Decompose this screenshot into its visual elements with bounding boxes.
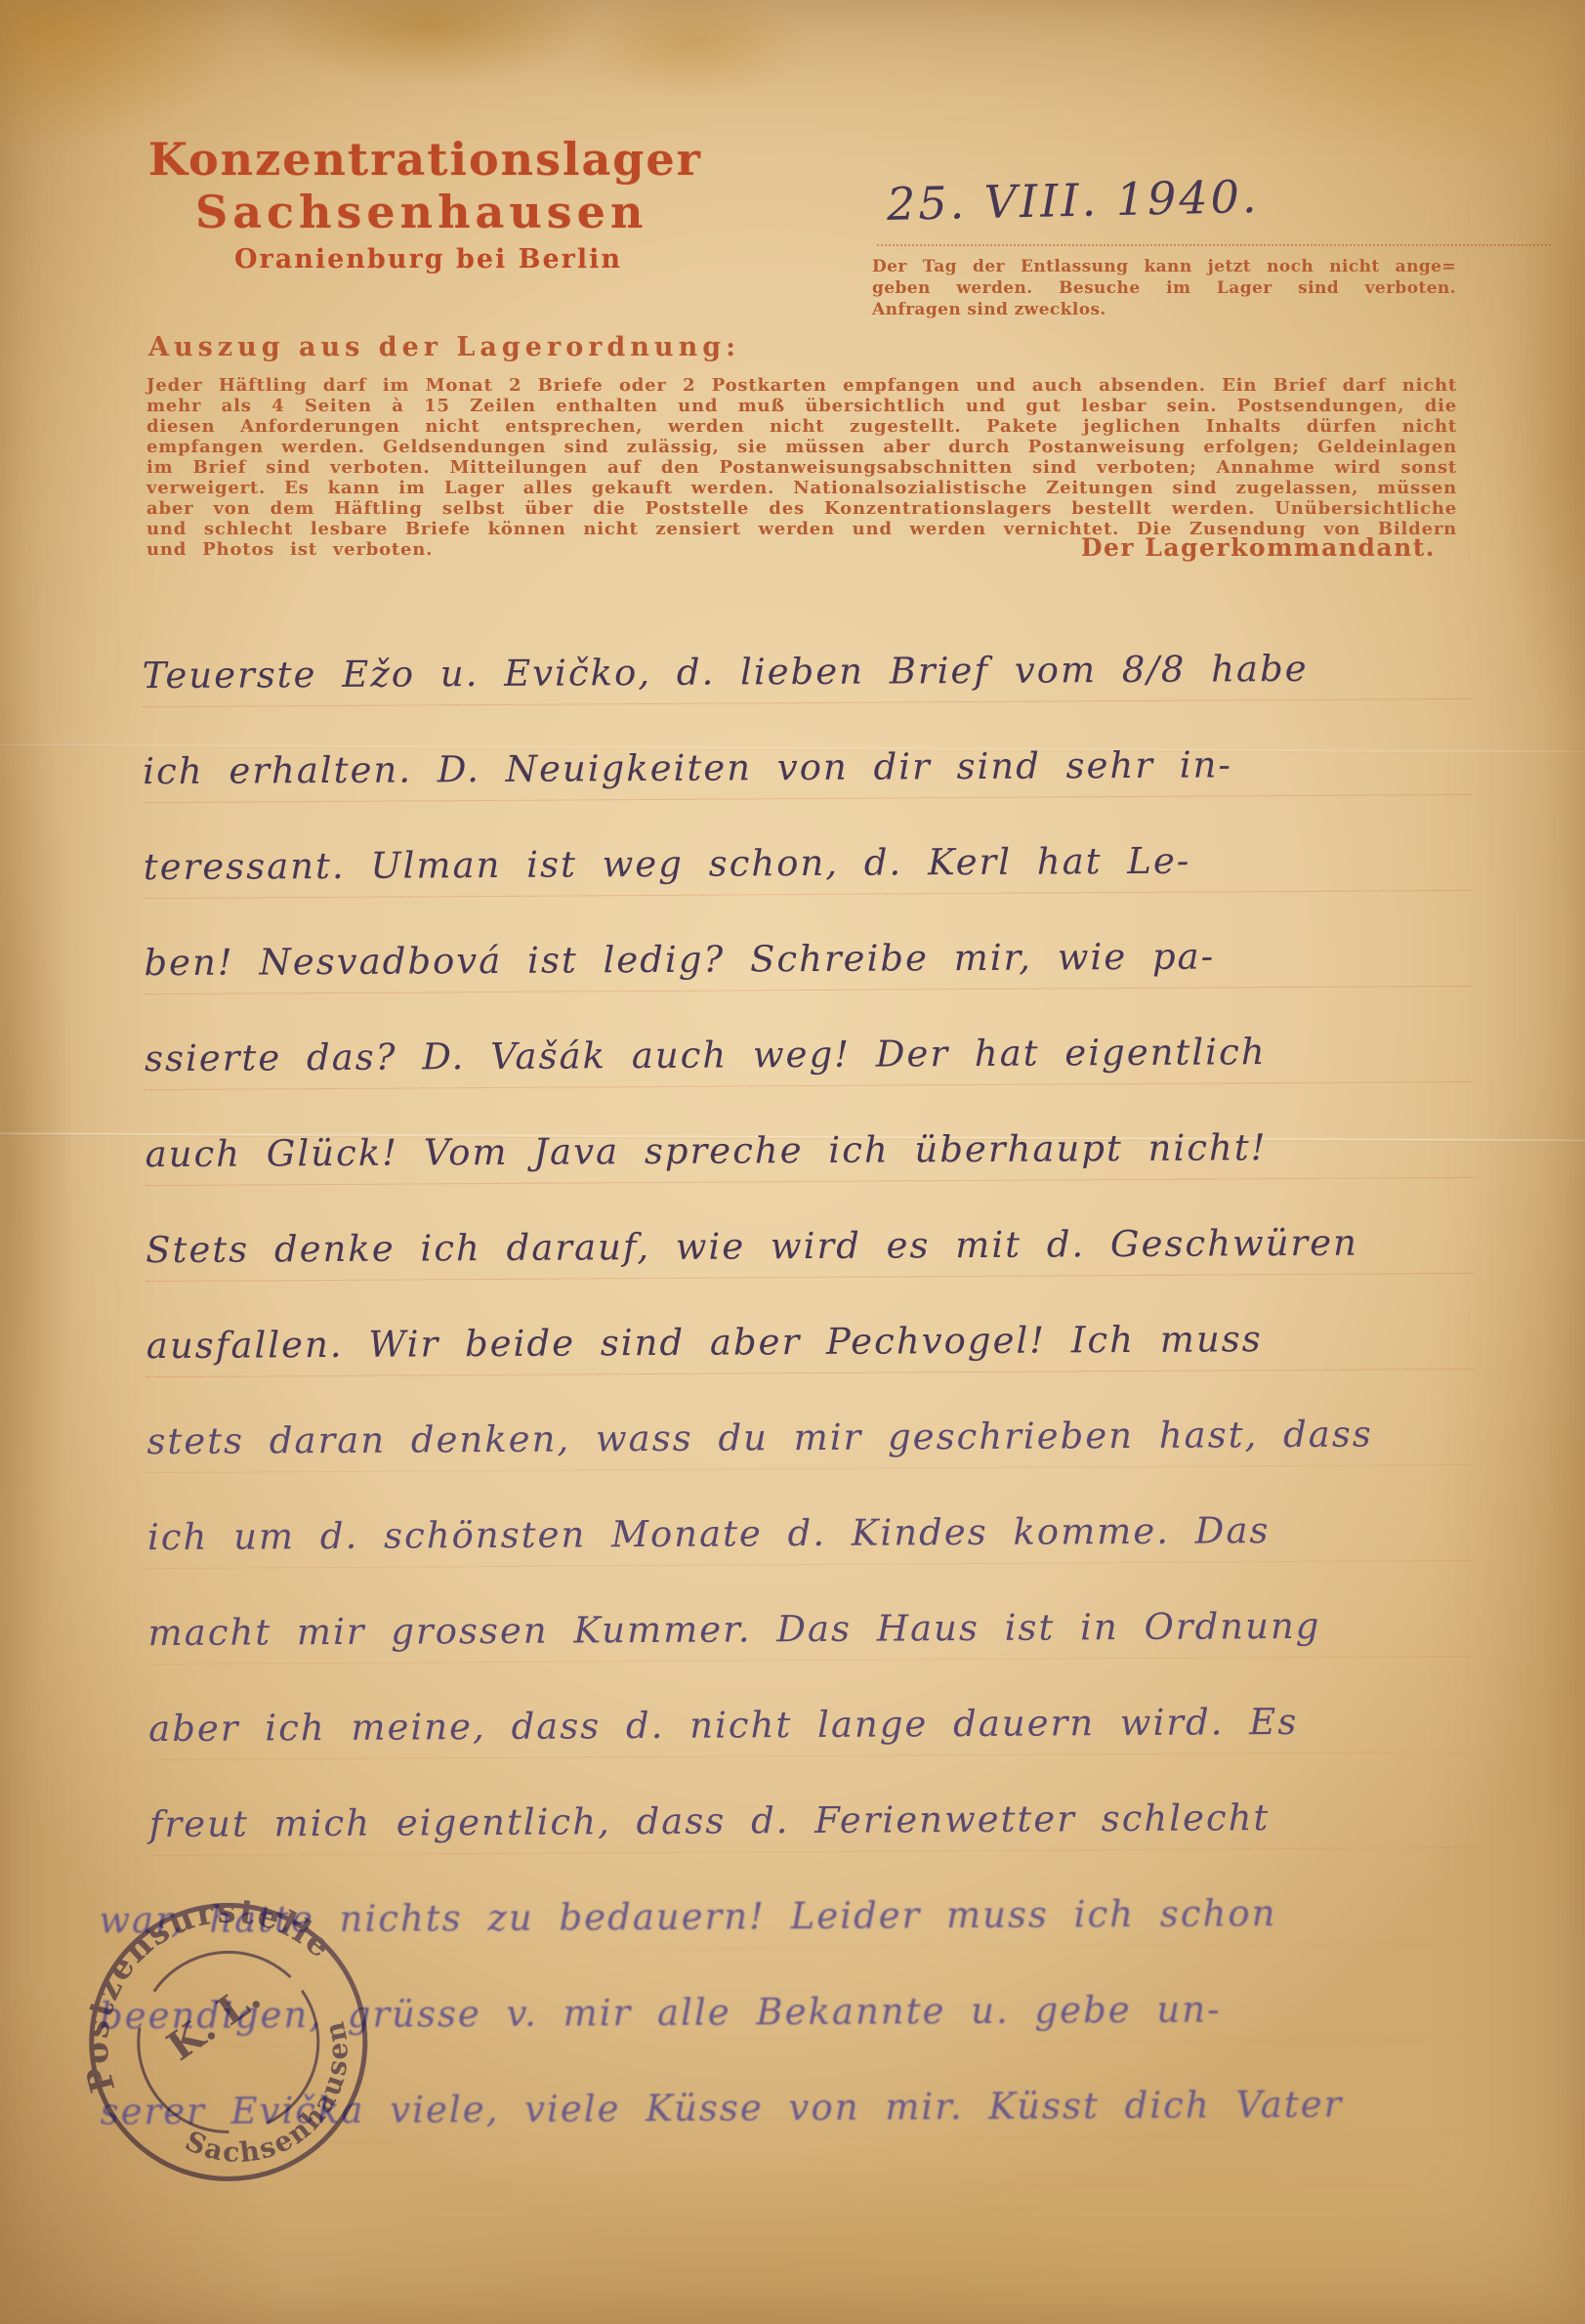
letter-line: Teuerste Ežo u. Evičko, d. lieben Brief … <box>142 604 1471 707</box>
rules-heading: Auszug aus der Lagerordnung: <box>148 332 740 362</box>
release-notice-line: Anfragen sind zwecklos. <box>872 299 1456 320</box>
letter-line: ssierte das? D. Vašák auch weg! Der hat … <box>145 987 1474 1090</box>
letter-line: auch Glück! Vom Java spreche ich überhau… <box>145 1082 1474 1186</box>
letter-line: stets daran denken, wass du mir geschrie… <box>146 1370 1476 1473</box>
handwritten-date: 25. VIII. 1940. <box>886 170 1260 231</box>
letterhead-camp-site: Sachsenhausen <box>195 186 702 238</box>
stamp-center-text: K. L. <box>159 1973 270 2070</box>
letter-line: ich um d. schönsten Monate d. Kindes kom… <box>147 1465 1477 1569</box>
letter-line: ausfallen. Wir beide sind aber Pechvogel… <box>146 1274 1475 1377</box>
letterhead: Konzentrationslager Sachsenhausen Oranie… <box>148 133 702 275</box>
letterhead-location: Oranienburg bei Berlin <box>234 244 702 275</box>
letter-line: teressant. Ulman ist weg schon, d. Kerl … <box>143 795 1472 899</box>
date-dotted-rule <box>877 244 1551 246</box>
release-notice-line: geben werden. Besuche im Lager sind verb… <box>872 277 1456 299</box>
rules-signature: Der Lagerkommandant. <box>146 533 1436 562</box>
release-notice-line: Der Tag der Entlassung kann jetzt noch n… <box>872 256 1456 277</box>
letter-page: Konzentrationslager Sachsenhausen Oranie… <box>0 0 1585 2324</box>
letter-line: Stets denke ich darauf, wie wird es mit … <box>146 1178 1475 1282</box>
letter-line: ben! Nesvadbová ist ledig? Schreibe mir,… <box>144 891 1473 994</box>
rules-body: Jeder Häftling darf im Monat 2 Briefe od… <box>146 375 1457 560</box>
letter-line: macht mir grossen Kummer. Das Haus ist i… <box>147 1561 1477 1665</box>
release-notice: Der Tag der Entlassung kann jetzt noch n… <box>872 256 1456 320</box>
letter-line: ich erhalten. D. Neuigkeiten von dir sin… <box>143 699 1472 803</box>
letterhead-camp-name: Konzentrationslager <box>148 133 702 186</box>
letter-line: aber ich meine, dass d. nicht lange daue… <box>148 1657 1478 1760</box>
letter-line: freut mich eigentlich, dass d. Ferienwet… <box>148 1753 1478 1856</box>
stamp-arc-top-text: Postzensurstelle <box>21 1833 347 2118</box>
